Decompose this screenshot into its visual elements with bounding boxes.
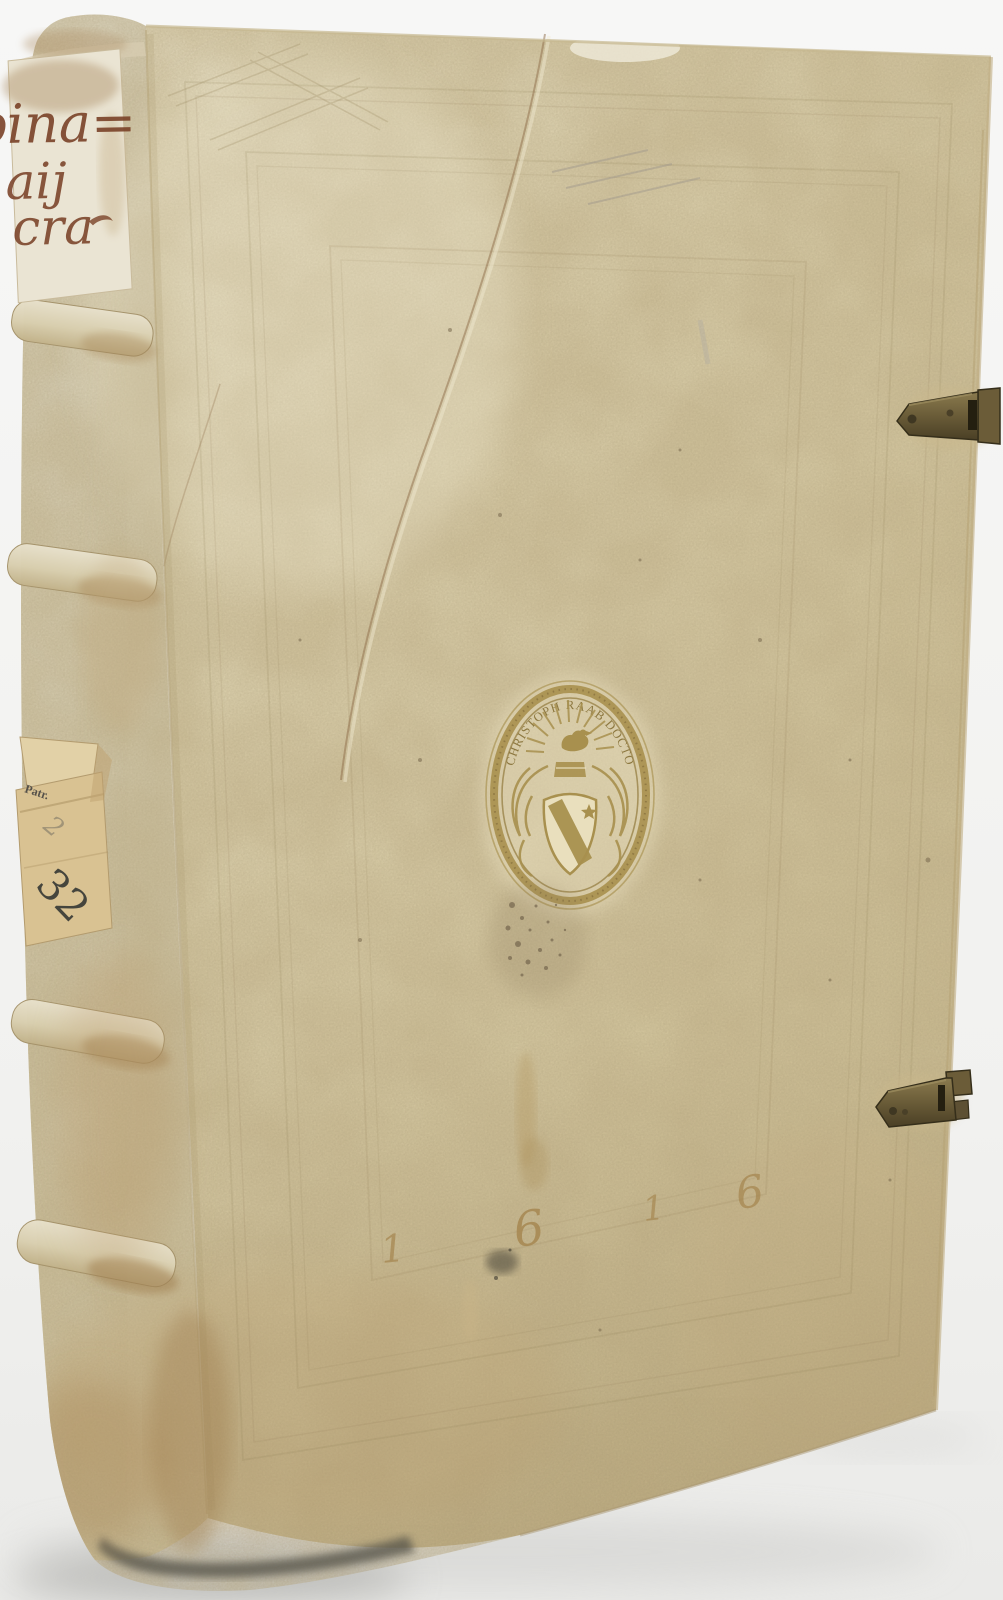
clasp-rivet xyxy=(902,1109,908,1115)
date-digit: 1 xyxy=(641,1188,667,1230)
book-photo-canvas: pina= aij cra Patr. 2 32 CHRISTOPH RAAB … xyxy=(0,0,1003,1600)
book-photograph: pina= aij cra Patr. 2 32 CHRISTOPH RAAB … xyxy=(0,0,1003,1600)
stamp-helm xyxy=(554,762,586,777)
top-clasp-slot xyxy=(968,400,977,430)
clasp-rivet xyxy=(908,415,917,424)
spine-label-line1: pina= xyxy=(0,91,137,157)
spine-label-line3: cra xyxy=(12,197,95,256)
ink-stain-cluster xyxy=(488,882,588,998)
clasp-rivet xyxy=(947,410,954,417)
bottom-clasp-slot xyxy=(938,1085,945,1111)
date-digit: 1 xyxy=(378,1226,407,1272)
gilt-armorial-stamp: CHRISTOPH RAAB DOCTO xyxy=(480,673,660,917)
clasp-rivet xyxy=(889,1107,897,1115)
spine-title-label: pina= aij cra xyxy=(0,49,139,304)
shelf-label: Patr. 2 32 xyxy=(16,737,112,946)
book: pina= aij cra Patr. 2 32 CHRISTOPH RAAB … xyxy=(0,0,1003,1600)
top-clasp-hook xyxy=(978,388,1000,444)
